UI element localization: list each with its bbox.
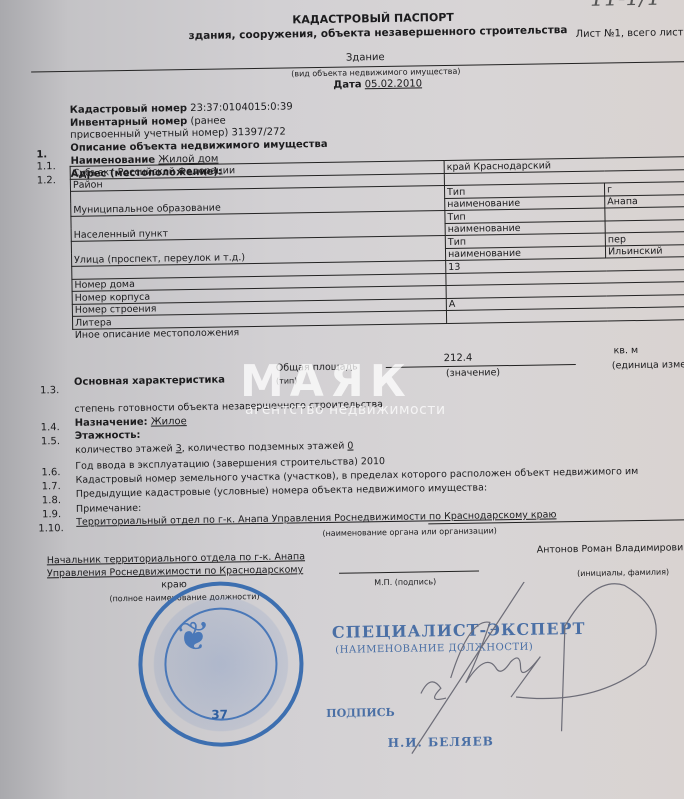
watermark-brand: МАЯК — [240, 362, 446, 402]
watermark-tagline: агентство недвижимости — [245, 402, 446, 418]
official-seal: ❦ 37 — [137, 580, 305, 748]
characteristic-value-caption: (значение) — [446, 367, 500, 379]
handwritten-signature — [389, 580, 672, 764]
eagle-emblem-icon: ❦ — [177, 614, 211, 661]
inventory-label: Инвентарный номер — [70, 116, 188, 129]
position-line-3: краю — [161, 579, 187, 590]
underground-value: 0 — [347, 441, 353, 452]
municipality-type-value: г — [604, 181, 684, 195]
inventory-number-line2: присвоенный учетный номер) 31397/272 — [70, 127, 286, 141]
cadastral-number: Кадастровый номер 23:37:0104015:0:39 — [70, 101, 293, 116]
inventory-note: (ранее — [190, 115, 225, 127]
item-number: 1.1. — [37, 161, 56, 172]
settlement-type-value — [605, 206, 684, 220]
item-number: 1.10. — [38, 523, 64, 534]
street-type-value: пер — [605, 231, 684, 245]
municipality-name-value: Анапа — [605, 194, 684, 208]
inventory-value: 31397/272 — [231, 127, 285, 139]
inventory-note-2: присвоенный учетный номер) — [70, 127, 228, 140]
purpose-value: Жилое — [151, 416, 187, 428]
commission-year: Год ввода в эксплуатацию (завершения стр… — [75, 456, 385, 472]
floors-text: количество этажей — [75, 443, 173, 456]
note-label: Примечание: — [76, 503, 141, 515]
characteristic-value: 212.4 — [444, 353, 473, 364]
seal-number: 37 — [211, 708, 228, 722]
characteristics-label: Основная характеристика — [74, 375, 225, 388]
date: Дата 05.02.2010 — [333, 78, 422, 90]
organization-caption: (наименование органа или организации) — [322, 526, 497, 538]
item-number: 1.3. — [40, 385, 59, 396]
underground-text: , количество подземных этажей — [182, 441, 345, 455]
document-title: КАДАСТРОВЫЙ ПАСПОРТ — [292, 11, 454, 27]
handwritten-note: 11-1/1 — [590, 0, 661, 12]
date-value: 05.02.2010 — [365, 78, 422, 90]
item-number: 1.7. — [42, 481, 61, 492]
agency-watermark: МАЯК агентство недвижимости — [240, 362, 446, 418]
section-number: 1. — [36, 149, 47, 160]
official-name-caption: (инициалы, фамилия) — [577, 568, 669, 578]
item-number: 1.8. — [42, 495, 61, 506]
item-number: 1.6. — [41, 467, 60, 478]
floors-count: количество этажей 3, количество подземны… — [75, 441, 354, 456]
purpose: Назначение: Жилое — [75, 416, 187, 429]
signature-line — [339, 571, 479, 574]
section-title: Описание объекта недвижимого имущества — [70, 139, 327, 154]
sheet-info: Лист №1, всего лист — [576, 27, 684, 40]
item-number: 1.5. — [41, 436, 60, 447]
cadastral-label: Кадастровый номер — [70, 103, 187, 116]
object-type: Здание — [346, 52, 385, 64]
settlement-name-value — [605, 219, 684, 233]
floors-label: Этажность: — [75, 430, 141, 442]
purpose-label: Назначение: — [75, 417, 148, 429]
document-subtitle: здания, сооружения, объекта незавершенно… — [188, 24, 567, 42]
characteristic-unit-caption: (единица изме — [612, 359, 684, 371]
date-label: Дата — [333, 79, 361, 90]
item-number: 1.4. — [41, 422, 60, 433]
organization-name: Территориальный отдел по г-к. Анапа Упра… — [76, 509, 556, 528]
street-name-value: Ильинский — [605, 244, 684, 258]
position-line-2: Управления Роснедвижимости по Краснодарс… — [47, 564, 303, 579]
cadastral-value: 23:37:0104015:0:39 — [190, 101, 293, 114]
item-number: 1.9. — [42, 509, 61, 520]
address-table: Субъект Российской Федерации край Красно… — [70, 156, 684, 341]
previous-numbers: Предыдущие кадастровые (условные) номера… — [76, 482, 488, 499]
item-number: 1.2. — [37, 175, 56, 186]
official-name: Антонов Роман Владимирови — [537, 542, 684, 555]
characteristic-unit: кв. м — [614, 345, 639, 356]
signature-label: ПОДПИСЬ — [326, 706, 395, 720]
object-type-caption: (вид объекта недвижимого имущества) — [291, 67, 460, 79]
